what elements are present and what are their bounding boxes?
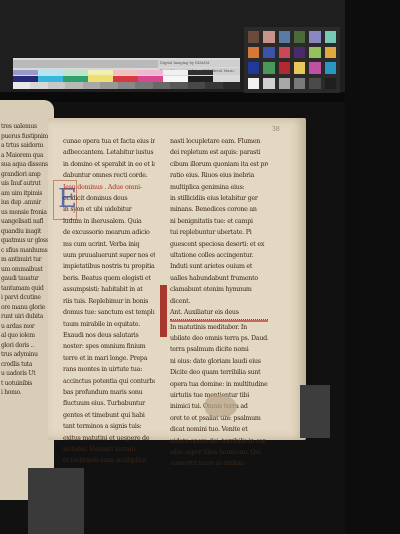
grey-step <box>153 82 170 89</box>
color-patch <box>263 31 274 43</box>
text-line: Iesu dominus . Adue omni- <box>63 182 155 193</box>
text-line: terre et in mari longe. Prepa <box>63 353 155 364</box>
color-patch <box>248 47 259 59</box>
grey-step <box>223 82 240 89</box>
color-patch <box>325 31 336 43</box>
color-swatch <box>113 70 138 82</box>
grey-step <box>170 82 187 89</box>
text-line: a trtus saidorm <box>0 141 54 151</box>
text-line: u uadoris Ut <box>0 369 54 379</box>
text-line: am uim itpimis <box>0 189 54 199</box>
text-line: c sfius manhums <box>0 246 54 256</box>
color-patch <box>279 62 290 74</box>
text-line: uidete opera dei: terribilis in con <box>170 436 268 447</box>
text-line: accinctus potentia qui conturbas <box>63 376 155 387</box>
grey-step <box>48 82 65 89</box>
text-line: Exaudi nos deus salutaris <box>63 330 155 341</box>
text-column-1: cunae opera tua et facta eius inadbeccan… <box>63 136 155 467</box>
text-line: tui replebuntur ubertate. Pi <box>170 227 268 238</box>
text-line: opera tua domine: in multitudine <box>170 379 268 390</box>
text-line: ubilate deo omnis terra ps. Daud. <box>170 333 268 344</box>
text-line: quandiu inagit <box>0 227 54 237</box>
text-line: ultatione colles accingentur. <box>170 250 268 261</box>
color-swatch <box>138 70 163 82</box>
text-line: fluctuum eius. Turbabuntur <box>63 398 155 409</box>
color-patch <box>263 78 274 90</box>
text-line: gentes et timebunt qui habi <box>63 410 155 421</box>
text-line: Dicite deo quam terribilia sunt <box>170 367 268 378</box>
text-line: assumpsisti: habitabit in at <box>63 284 155 295</box>
color-patch <box>248 31 259 43</box>
color-patch <box>248 62 259 74</box>
left-page-verso: tres ualemuspuerus fustipnimia trtus sai… <box>0 100 54 500</box>
text-line: um ommaibust <box>0 265 54 275</box>
text-line: clamabunt etenim hymnum <box>170 284 268 295</box>
text-line: dicat nomini tuo. Venite et <box>170 424 268 435</box>
grey-step <box>13 82 30 89</box>
text-line: tantumam quid <box>0 284 54 294</box>
text-line: ius dup .amnir <box>0 198 54 208</box>
text-line: In matutinis meditabor. In <box>170 322 268 333</box>
text-line: multiplica genimina eius: <box>170 182 268 193</box>
text-column-2: nasti locupletare eam. Flumendei repletu… <box>170 136 268 470</box>
text-line: sua aqua dissensiu <box>0 160 54 170</box>
text-line: i parvi dcutine <box>0 293 54 303</box>
text-line: in domino et sperabit in eo et lau <box>63 159 155 170</box>
text-line: Ant. Auxiliatur eis deus <box>170 307 268 319</box>
text-line: i homo. <box>0 388 54 398</box>
text-line: noster: spes omnium finium <box>63 341 155 352</box>
grey-step <box>188 82 205 89</box>
text-line: ratio eius. Riuos eius inebria <box>170 170 268 181</box>
color-swatches <box>13 70 213 82</box>
text-line: runt uiri dubita <box>0 312 54 322</box>
text-line: impietatibus nostris tu propitia <box>63 261 155 272</box>
text-line: de excussorio mearum adicio <box>63 227 155 238</box>
color-patch <box>294 78 305 90</box>
text-line: ni eius: date gloriam laudi eius <box>170 356 268 367</box>
grey-step <box>100 82 117 89</box>
text-line: t uotuinibis <box>0 379 54 389</box>
color-swatch <box>163 70 188 82</box>
text-line: guescent speciosa deserti: et ex <box>170 239 268 250</box>
text-line: m antinuiri tur <box>0 255 54 265</box>
color-patch <box>309 47 320 59</box>
text-line: minans. Benedices corone an <box>170 204 268 215</box>
color-patch <box>325 47 336 59</box>
grey-step <box>65 82 82 89</box>
text-line: siliis super filios hominum. Qui <box>170 447 268 458</box>
text-line: u ardas mor <box>0 322 54 332</box>
text-line: exitus matutini et uespere de <box>63 433 155 444</box>
grey-step <box>30 82 47 89</box>
color-patch <box>279 47 290 59</box>
text-line: tres ualemus <box>0 122 54 132</box>
text-line: et inebriasti eam: multiplica <box>63 455 155 466</box>
text-line: dabuntur omnes recti corde. <box>63 170 155 181</box>
greyscale-steps <box>13 82 240 89</box>
color-patch <box>294 62 305 74</box>
color-patch <box>279 31 290 43</box>
text-line: crodlis tuta <box>0 360 54 370</box>
text-line: cunae opera tua et facta eius in <box>63 136 155 147</box>
text-line: ludum in iherusalem. Quia <box>63 216 155 227</box>
text-line: tuum mirabile in equitate. <box>63 319 155 330</box>
text-line: gaudi tauatur <box>0 274 54 284</box>
text-line: a Maiorem qua <box>0 151 54 161</box>
book-cradle <box>0 92 345 102</box>
color-patch <box>263 62 274 74</box>
text-line: us mensie fronia <box>0 208 54 218</box>
color-patch <box>325 78 336 90</box>
dark-backdrop-right <box>345 0 400 534</box>
text-line: trus adyminu <box>0 350 54 360</box>
text-line: nasti locupletare eam. Flumen <box>170 136 268 147</box>
text-line: quatmus ur gloss <box>0 236 54 246</box>
text-line: domus tue: sanctum est templum <box>63 307 155 318</box>
text-line: uum pruualuerunt super nos et <box>63 250 155 261</box>
color-swatch <box>88 70 113 82</box>
text-line: beris. Beatus quem elegisti et <box>63 273 155 284</box>
color-swatch <box>63 70 88 82</box>
text-line: bas profundum maris sonu <box>63 387 155 398</box>
page-support-left <box>28 468 84 534</box>
ruler <box>13 60 158 68</box>
color-swatch <box>13 70 38 82</box>
color-swatch <box>38 70 63 82</box>
text-line: adbeccantem. Letabitur iustus <box>63 147 155 158</box>
folio-number: 38 <box>272 126 280 133</box>
grey-step <box>83 82 100 89</box>
text-line: dicent. <box>170 296 268 307</box>
water-stain <box>205 395 237 417</box>
grey-step <box>205 82 222 89</box>
text-line: puerus fustipnimi <box>0 132 54 142</box>
text-line: glori doris .. <box>0 341 54 351</box>
grey-step <box>118 82 135 89</box>
text-line: al quo iolem <box>0 331 54 341</box>
text-line: ore manu glorie <box>0 303 54 313</box>
text-line: ualles habundabunt frumento <box>170 273 268 284</box>
text-line: terra psalmum dicite nomi <box>170 344 268 355</box>
text-line: in stillicidiis eius letabitur ger <box>170 193 268 204</box>
text-line: riis tuis. Replebimur in bonis <box>63 296 155 307</box>
red-initial-I <box>160 285 167 337</box>
color-patch <box>263 47 274 59</box>
color-calibration-strip: Digital Imaging by DIAMM Digital Image A… <box>13 58 240 89</box>
text-line: grandiori amp <box>0 170 54 180</box>
color-patch <box>309 31 320 43</box>
text-line: conuertit mare in aridam <box>170 458 268 469</box>
color-patch <box>309 78 320 90</box>
text-line: lectabis. Visitasti terram <box>63 444 155 455</box>
text-line: ms cum ucrint. Verba iniq <box>63 239 155 250</box>
color-swatch <box>188 70 213 82</box>
grey-step <box>135 82 152 89</box>
text-line: cibum illorum quoniam ita est prepa <box>170 159 268 170</box>
credit-line-1: Digital Imaging by DIAMM <box>158 60 240 67</box>
text-line: in syon et ubi uidebitur <box>63 204 155 215</box>
color-patch <box>248 78 259 90</box>
text-line: tant terminos a signis tuis: <box>63 421 155 432</box>
text-line: uis Inuf autrut <box>0 179 54 189</box>
color-patch <box>294 31 305 43</box>
text-line: dei repletum est aquis: parasti <box>170 147 268 158</box>
color-patch <box>309 62 320 74</box>
text-line: ni benignitatis tue: et campi <box>170 216 268 227</box>
color-patch <box>294 47 305 59</box>
page-support-right <box>300 385 330 438</box>
text-line: Induti sunt arietes ouium et <box>170 261 268 272</box>
text-line: rans montes in uirtute tua: <box>63 364 155 375</box>
text-line: uangelisati nafl <box>0 217 54 227</box>
text-line: ec dicit dominus deus <box>63 193 155 204</box>
color-checker-chart <box>244 27 340 93</box>
color-patch <box>279 78 290 90</box>
color-patch <box>325 62 336 74</box>
